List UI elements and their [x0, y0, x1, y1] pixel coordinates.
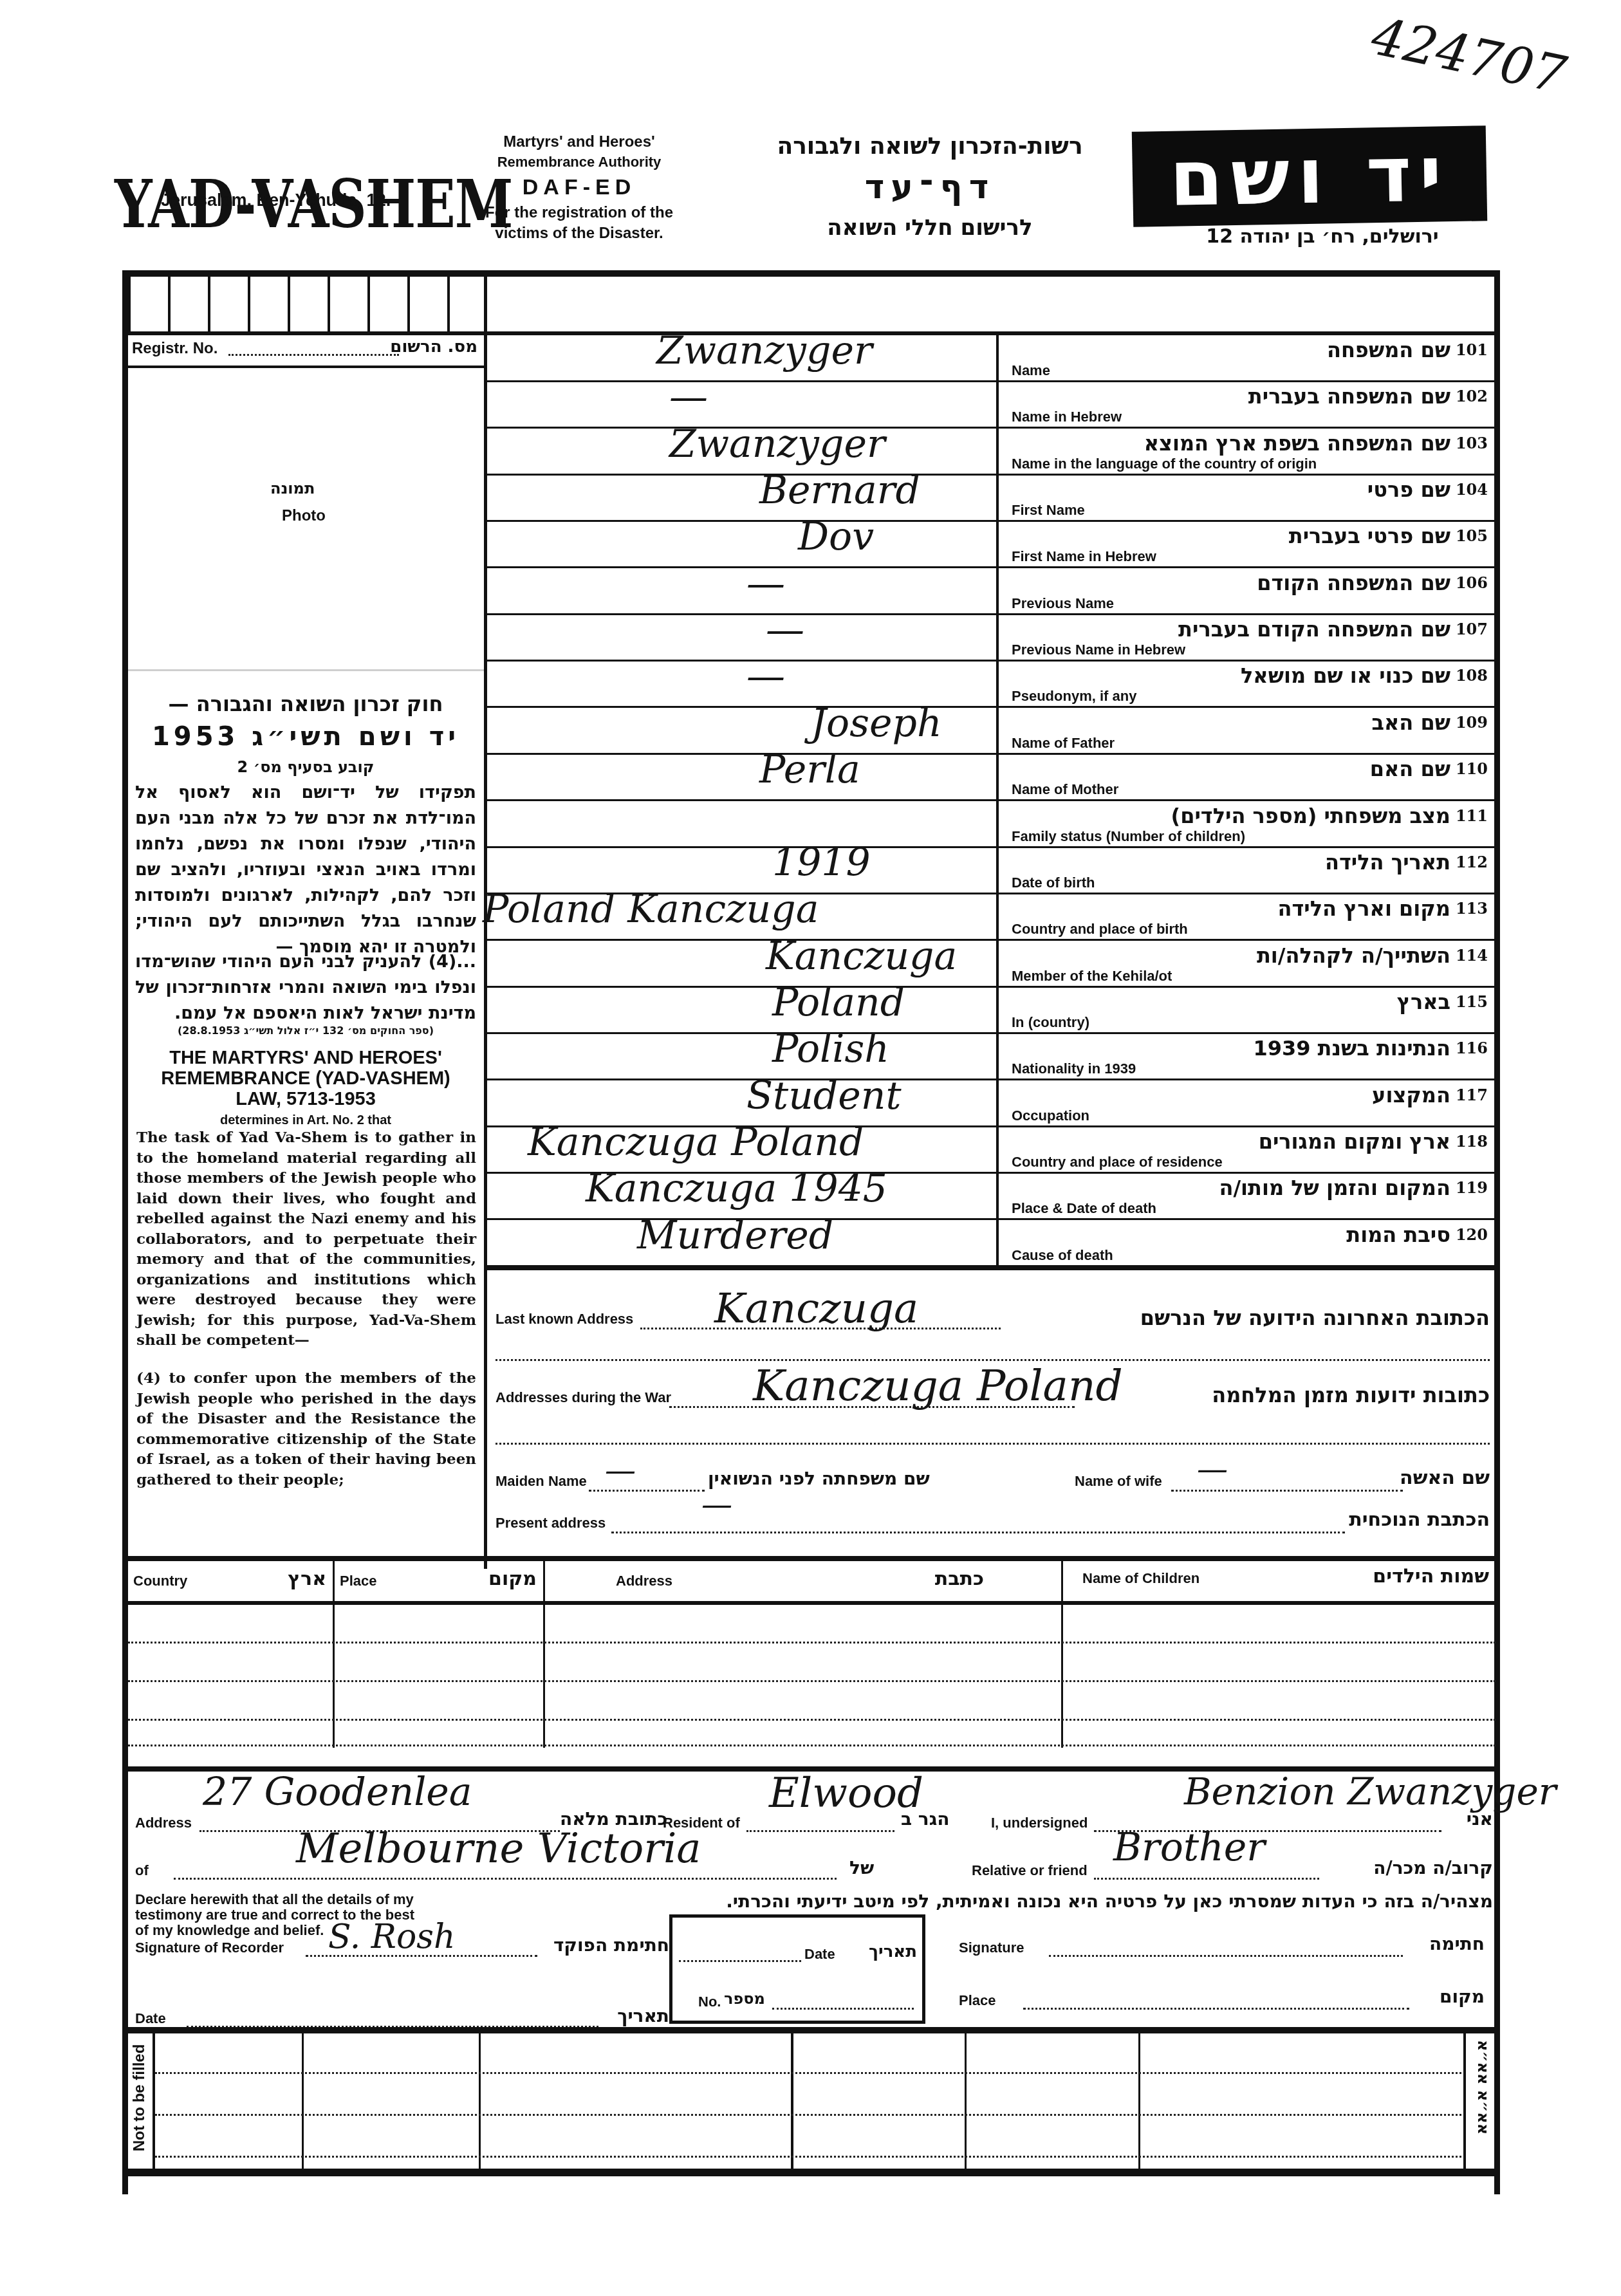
law-he-reference: (ספר החוקים מס׳ 132 י״ז אלול תשי״ג 28.8.…: [135, 1024, 476, 1037]
maiden-name-label: Maiden Name: [496, 1473, 587, 1490]
field-label: Nationality in 1939: [1012, 1060, 1136, 1077]
children-row[interactable]: [128, 1719, 1496, 1721]
children-row[interactable]: [128, 1745, 1496, 1746]
field-label: Name of Father: [1012, 735, 1115, 752]
field-value-102[interactable]: —: [669, 374, 708, 420]
field-number: 107: [1456, 620, 1488, 638]
law-he-body-2: ...(4) להעניק לבני העם היהודי שהוש־מדו ו…: [135, 949, 476, 1026]
field-label: First Name in Hebrew: [1012, 548, 1156, 565]
undersigned-label-he: אני: [1467, 1808, 1493, 1829]
header-label: Name of Children: [1082, 1570, 1200, 1587]
field-120[interactable]: 120סיבת המותCause of death: [999, 1220, 1496, 1266]
law-en-title: THE MARTYRS' AND HEROES' REMEMBRANCE (YA…: [135, 1048, 476, 1109]
field-101[interactable]: 101שם המשפחהName: [999, 335, 1496, 382]
last-known-address-label-he: הכתובת האחרונה הידועה של הנרשם: [1140, 1306, 1490, 1330]
dotted-line: [772, 2008, 914, 2010]
recorder-signature-value: S. Rosh: [328, 1918, 455, 1956]
dotted-line: [1094, 1878, 1319, 1880]
field-number: 110: [1456, 759, 1488, 778]
field-number: 104: [1456, 480, 1488, 499]
field-label-he: סיבת המות: [1346, 1223, 1450, 1247]
field-value-116[interactable]: Polish: [772, 1026, 889, 1072]
law-he-title: חוק זכרון השואה והגבורה —: [135, 692, 476, 716]
field-number: 106: [1456, 573, 1488, 592]
office-date-field[interactable]: Date תאריך: [679, 1942, 917, 1968]
field-label-he: שם המשפחה הקודם: [1257, 571, 1450, 595]
field-102[interactable]: 102שם המשפחה בעבריתName in Hebrew: [999, 382, 1496, 428]
field-label-he: תאריך הלידה: [1325, 850, 1450, 875]
recorder-signature-label: Signature of Recorder: [135, 1940, 284, 1956]
office-row: [155, 2156, 1461, 2158]
field-label-he: שם האם: [1370, 757, 1450, 781]
field-number: 112: [1456, 853, 1488, 871]
frame-left-border: [122, 270, 128, 2194]
yad-vashem-address: Jerusalem, Ben-Yehuda, 12.: [161, 190, 391, 210]
header-line-he: לרישום חללי השואה: [772, 210, 1088, 246]
field-label-he: מצב משפחתי (מספר הילדים): [1171, 804, 1450, 828]
field-113[interactable]: 113מקום וארץ הלידהCountry and place of b…: [999, 894, 1496, 940]
law-en-title-line: THE MARTYRS' AND HEROES': [135, 1048, 476, 1068]
field-number: 116: [1456, 1039, 1488, 1057]
field-label: Name of Mother: [1012, 781, 1118, 798]
photo-label-he: תמונה: [270, 479, 315, 497]
field-label-he: שם פרטי: [1367, 477, 1450, 502]
field-value-106[interactable]: —: [746, 560, 785, 607]
field-value-119[interactable]: Kanczuga 1945: [586, 1165, 887, 1212]
law-he-body: תפקידו של יד־ושם הוא לאסוף אל המו־לדת את…: [135, 780, 476, 960]
fields-bottom-line: [485, 1266, 1496, 1270]
field-label: First Name: [1012, 502, 1085, 519]
photo-area-bottom: [128, 669, 485, 671]
declaration-hebrew: מצהיר/ה בזה כי העדות שמסרתי כאן על פרטיה…: [553, 1891, 1493, 1912]
field-label-he: שם המשפחה הקודם בעברית: [1178, 617, 1450, 642]
header-label-he: ארץ: [288, 1568, 326, 1590]
field-label: Name in Hebrew: [1012, 409, 1122, 425]
header-label: Place: [340, 1573, 377, 1589]
field-label: Date of birth: [1012, 875, 1095, 891]
declaration-line: Declare herewith that all the details of…: [135, 1892, 414, 1907]
dotted-line: [1023, 2008, 1409, 2010]
field-label-he: שם המשפחה בשפת ארץ המוצא: [1144, 431, 1450, 456]
relative-label: Relative or friend: [972, 1862, 1088, 1879]
recorder-signature-label-he: חתימת הפוקד: [553, 1934, 669, 1956]
field-label: Occupation: [1012, 1107, 1089, 1124]
header-line: victims of the Disaster.: [450, 223, 708, 244]
field-number: 109: [1456, 713, 1488, 732]
not-to-be-filled-label: Not to be filled: [131, 2033, 149, 2162]
field-number: 113: [1456, 899, 1488, 918]
field-number: 117: [1456, 1086, 1488, 1104]
children-header-place: Place מקום: [335, 1561, 543, 1600]
header-line: Martyrs' and Heroes': [450, 132, 708, 153]
field-label-he: שם האב: [1372, 710, 1450, 735]
header-label-he: שמות הילדים: [1373, 1565, 1489, 1588]
field-label: Pseudonym, if any: [1012, 688, 1136, 705]
field-label: Previous Name in Hebrew: [1012, 642, 1185, 658]
field-label-he: ארץ ומקום המגורים: [1259, 1129, 1450, 1154]
law-en-title-line: LAW, 5713-1953: [135, 1089, 476, 1109]
wife-name-label: Name of wife: [1075, 1473, 1162, 1490]
field-value-108[interactable]: —: [746, 653, 785, 699]
field-103[interactable]: 103שם המשפחה בשפת ארץ המוצאName in the l…: [999, 429, 1496, 475]
field-value-117[interactable]: Student: [746, 1073, 902, 1119]
field-value-107[interactable]: —: [766, 607, 804, 653]
present-address-field[interactable]: Present address — הכתבת הנוכחית: [496, 1506, 1490, 1538]
field-105[interactable]: 105שם פרטי בעבריתFirst Name in Hebrew: [999, 521, 1496, 568]
children-header-address: Address כתבת: [545, 1561, 1061, 1600]
office-number-label: No.: [698, 1994, 721, 2010]
place-label-he: מקום: [1440, 1986, 1485, 2007]
war-addresses-value: Kanczuga Poland: [753, 1361, 1123, 1411]
photo-label: Photo: [282, 507, 326, 525]
logo-text: יד ושם: [1169, 129, 1450, 224]
field-number: 105: [1456, 526, 1488, 545]
address-label: Address: [135, 1815, 192, 1831]
dotted-line: [1049, 1955, 1403, 1957]
relative-label-he: קרוב/ה מכר/ה: [1373, 1857, 1493, 1878]
field-number: 120: [1456, 1225, 1488, 1244]
dotted-line: [1171, 1490, 1403, 1492]
field-value-105[interactable]: Dov: [798, 514, 874, 560]
field-115[interactable]: 115בארץIn (country): [999, 987, 1496, 1033]
address-value: 27 Goodenlea: [203, 1770, 472, 1815]
field-112[interactable]: 112תאריך הלידהDate of birth: [999, 847, 1496, 894]
field-label-he: המקצוע: [1372, 1083, 1450, 1107]
maiden-name-value: —: [605, 1452, 636, 1488]
field-value-112[interactable]: 1919: [772, 840, 871, 886]
field-value-115[interactable]: Poland: [772, 979, 905, 1026]
field-119[interactable]: 119המקום והזמן של מותו/הPlace & Date of …: [999, 1173, 1496, 1219]
dotted-line: [174, 1878, 837, 1880]
field-label: Previous Name: [1012, 595, 1114, 612]
field-number: 111: [1456, 806, 1488, 825]
witness-place-field[interactable]: Place מקום: [959, 1983, 1490, 2015]
declarant-address-row[interactable]: Address 27 Goodenlea כתובת מלאה Resident…: [135, 1795, 1493, 1828]
witness-signature-field[interactable]: Signature חתימה: [959, 1930, 1490, 1963]
present-address-label: Present address: [496, 1515, 606, 1532]
field-106[interactable]: 106שם המשפחה הקודםPrevious Name: [999, 568, 1496, 615]
field-label: Name in the language of the country of o…: [1012, 456, 1317, 472]
registration-digit-boxes: [128, 275, 485, 333]
field-value-101[interactable]: Zwanzyger: [656, 328, 873, 374]
present-address-value: —: [701, 1486, 732, 1523]
date-label: Date: [135, 2010, 166, 2027]
date-label-he: תאריך: [617, 2005, 669, 2026]
field-label: Member of the Kehila/ot: [1012, 968, 1172, 985]
field-label-he: בארץ: [1397, 990, 1450, 1014]
field-number: 103: [1456, 434, 1488, 452]
registr-bottom-line: [128, 366, 485, 368]
relative-value: Brother: [1113, 1825, 1265, 1870]
field-number: 118: [1456, 1132, 1488, 1151]
header-label-he: כתבת: [935, 1568, 984, 1590]
dotted-line: [611, 1532, 1345, 1533]
address-section: Last known Address Kanczuga הכתובת האחרו…: [496, 1277, 1490, 1560]
header-label: Country: [133, 1573, 187, 1589]
field-label-he: שם המשפחה בעברית: [1248, 384, 1450, 409]
children-row[interactable]: [128, 1680, 1496, 1682]
wife-name-value: —: [1197, 1451, 1228, 1487]
resident-of-value: Elwood: [769, 1770, 923, 1817]
daf-ed-title: DAF-ED: [450, 172, 708, 203]
field-111[interactable]: 111מצב משפחתי (מספר הילדים)Family status…: [999, 801, 1496, 847]
field-number: 101: [1456, 340, 1488, 359]
undersigned-value: Benzion Zwanzyger: [1184, 1770, 1557, 1813]
maiden-name-label-he: שם משפחתה לפני הנשואין: [708, 1468, 930, 1489]
office-number-label-he: מספר: [724, 1990, 765, 2008]
frame-bottom-border: [128, 2169, 1496, 2176]
registration-number-field[interactable]: Registr. No. מס. הרשום: [132, 340, 483, 366]
field-number: 108: [1456, 666, 1488, 685]
office-footer-grid: Not to be filled אא״א אא״א: [128, 2033, 1496, 2169]
dotted-line: [679, 1960, 801, 1962]
field-label-he: שם המשפחה: [1327, 338, 1450, 362]
field-value-118[interactable]: Kanczuga Poland: [528, 1119, 864, 1165]
office-date-label: Date: [804, 1946, 835, 1963]
wife-name-label-he: שם האשה: [1400, 1467, 1490, 1489]
children-table: Country ארץ Place מקום Address כתבת Name…: [128, 1561, 1496, 1748]
law-he-title-2: יד ושם תשי״ג 1953: [135, 722, 476, 752]
dotted-line: [589, 1490, 705, 1492]
field-label-he: הנתינות בשנת 1939: [1253, 1036, 1450, 1060]
field-number: 102: [1456, 387, 1488, 405]
archive-number: 424707: [1367, 6, 1571, 105]
daf-ed-title-he: דף־עד: [772, 165, 1088, 210]
daf-ed-hebrew-header: רשות-הזכרון לשואה ולגבורה דף־עד לרישום ח…: [772, 129, 1088, 246]
law-en-body-2: (4) to confer upon the members of the Je…: [136, 1368, 476, 1490]
maiden-wife-field[interactable]: Maiden Name — שם משפחתה לפני הנשואין Nam…: [496, 1464, 1490, 1496]
signature-label: Signature: [959, 1940, 1024, 1956]
recorder-signature-field[interactable]: Signature of Recorder S. Rosh חתימת הפוק…: [135, 1930, 669, 1963]
field-label-he: השתייך/ה לקהלה/ות: [1257, 943, 1450, 968]
field-label-he: מקום וארץ הלידה: [1277, 896, 1450, 921]
of-value: Melbourne Victoria: [296, 1825, 701, 1873]
field-value-103[interactable]: Zwanzyger: [669, 421, 885, 467]
last-known-address-value: Kanczuga: [714, 1285, 918, 1333]
undersigned-label: I, undersigned: [991, 1815, 1088, 1831]
field-label-he: שם כנוי או שם מושאל: [1241, 663, 1450, 688]
field-value-110[interactable]: Perla: [759, 746, 860, 793]
logo-address: ירושלים, רח׳ בן יהודה 12: [1165, 225, 1480, 248]
header-line: For the registration of the: [450, 203, 708, 223]
field-110[interactable]: 110שם האםName of Mother: [999, 754, 1496, 801]
field-label: Family status (Number of children): [1012, 828, 1245, 845]
field-108[interactable]: 108שם כנוי או שם מושאלPseudonym, if any: [999, 661, 1496, 707]
dotted-line: [746, 1830, 894, 1832]
of-label-he: של: [849, 1857, 874, 1878]
office-date-label-he: תאריך: [869, 1942, 917, 1961]
office-row: [155, 2072, 1461, 2074]
war-addresses-label: Addresses during the War: [496, 1389, 671, 1406]
children-header-names: Name of Children שמות הילדים: [1063, 1561, 1496, 1600]
field-number: 114: [1456, 946, 1488, 965]
field-value-114[interactable]: Kanczuga: [766, 933, 957, 979]
header-label-he: מקום: [488, 1568, 537, 1590]
dotted-line: [496, 1443, 1490, 1445]
last-known-address-field[interactable]: Last known Address Kanczuga הכתובת האחרו…: [496, 1303, 1490, 1335]
signature-label-he: חתימה: [1429, 1933, 1485, 1954]
place-label: Place: [959, 1992, 996, 2009]
law-en-body: The task of Yad Va-Shem is to gather in …: [136, 1127, 476, 1351]
field-label: Country and place of residence: [1012, 1154, 1223, 1171]
present-address-label-he: הכתבת הנוכחית: [1349, 1508, 1490, 1531]
header-line: Remembrance Authority: [450, 153, 708, 172]
field-117[interactable]: 117המקצועOccupation: [999, 1080, 1496, 1127]
children-header-country: Country ארץ: [128, 1561, 333, 1600]
office-code-label: אא״א אא״א: [1474, 2040, 1492, 2134]
declarant-relation-row[interactable]: of Melbourne Victoria של Relative or fri…: [135, 1847, 1493, 1879]
war-addresses-label-he: כתובות ידועות מזמן המלחמה: [1212, 1383, 1490, 1407]
field-label: In (country): [1012, 1014, 1089, 1031]
field-label: Cause of death: [1012, 1247, 1113, 1264]
field-label-he: שם פרטי בעברית: [1289, 524, 1450, 548]
field-number: 115: [1456, 992, 1488, 1011]
field-109[interactable]: 109שם האבName of Father: [999, 708, 1496, 754]
office-row: [155, 2114, 1461, 2116]
field-107[interactable]: 107שם המשפחה הקודם בעבריתPrevious Name i…: [999, 615, 1496, 661]
yad-vashem-logo: יד ושם: [1132, 125, 1487, 227]
law-en-title-line: REMEMBRANCE (YAD-VASHEM): [135, 1068, 476, 1089]
field-value-113[interactable]: Poland Kanczuga: [483, 886, 819, 932]
field-value-120[interactable]: Murdered: [637, 1212, 833, 1259]
field-label: Place & Date of death: [1012, 1200, 1156, 1217]
office-number-field[interactable]: No. מספר: [698, 1990, 917, 2015]
office-use-box: Date תאריך No. מספר: [669, 1914, 925, 2024]
field-label-he: המקום והזמן של מותו/ה: [1219, 1176, 1450, 1200]
field-number: 119: [1456, 1178, 1488, 1197]
of-label: of: [135, 1862, 149, 1879]
registr-label-he: מס. הרשום: [390, 337, 477, 356]
war-addresses-field[interactable]: Addresses during the War Kanczuga Poland…: [496, 1380, 1490, 1412]
law-he-subtitle: קובע בסעיף מס׳ 2: [135, 758, 476, 776]
registr-dotted-line: [228, 354, 399, 356]
field-value-104[interactable]: Bernard: [759, 467, 920, 514]
registr-label: Registr. No.: [132, 340, 218, 357]
resident-of-label-he: הגר ב: [901, 1808, 949, 1829]
field-116[interactable]: 116הנתינות בשנת 1939Nationality in 1939: [999, 1033, 1496, 1080]
field-value-109[interactable]: Joseph: [811, 700, 942, 746]
field-label: Name: [1012, 362, 1050, 379]
children-table-top: [128, 1556, 1496, 1561]
children-row[interactable]: [128, 1642, 1496, 1643]
header-line-he: רשות-הזכרון לשואה ולגבורה: [772, 129, 1088, 165]
last-known-address-label: Last known Address: [496, 1311, 633, 1328]
header-underline: [128, 1601, 1496, 1605]
law-en-subtitle: determines in Art. No. 2 that: [135, 1113, 476, 1128]
header-label: Address: [616, 1573, 672, 1589]
field-114[interactable]: 114השתייך/ה לקהלה/ותMember of the Kehila…: [999, 941, 1496, 987]
field-104[interactable]: 104שם פרטיFirst Name: [999, 475, 1496, 521]
field-label: Country and place of birth: [1012, 921, 1188, 938]
field-118[interactable]: 118ארץ ומקום המגוריםCountry and place of…: [999, 1127, 1496, 1173]
footer-grid-top: [128, 2027, 1496, 2033]
daf-ed-english-header: Martyrs' and Heroes' Remembrance Authori…: [450, 132, 708, 244]
